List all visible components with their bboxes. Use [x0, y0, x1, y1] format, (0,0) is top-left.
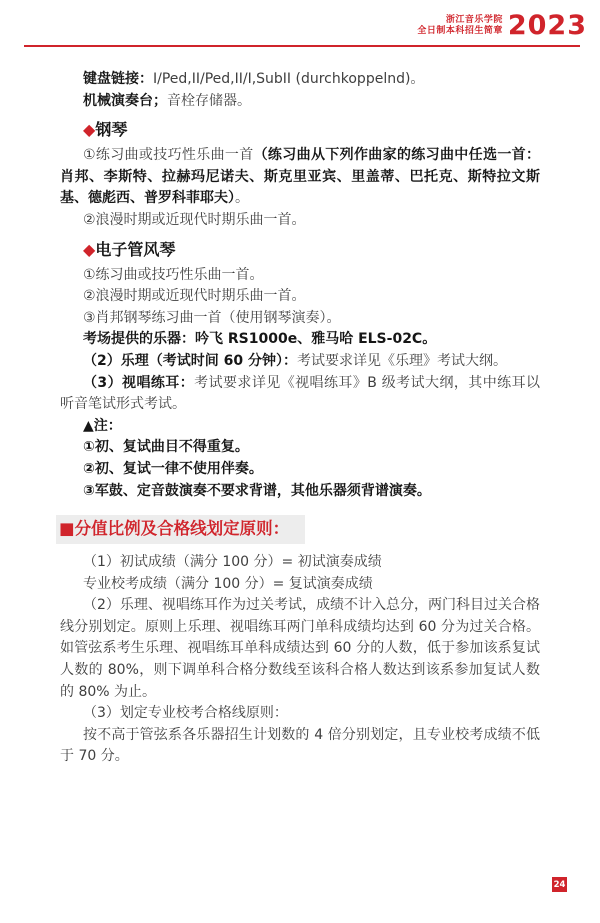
text-run: 电子管风琴 [95, 240, 175, 259]
text-run: 注： [94, 418, 122, 434]
paragraph: （2）乐理、视唱练耳作为过关考试，成绩不计入总分，两门科目过关合格线分别划定。原… [60, 595, 540, 703]
text-run: ①练习曲或技巧性乐曲一首。 [83, 267, 264, 283]
paragraph: 专业校考成绩（满分 100 分）= 复试演奏成绩 [60, 574, 540, 596]
text-run: ①初、复试曲目不得重复。 [83, 439, 249, 455]
instrument-heading: ◆电子管风琴 [60, 237, 540, 262]
text-run: ③军鼓、定音鼓演奏不要求背谱，其他乐器须背谱演奏。 [83, 483, 431, 499]
paragraph: ▲注： [60, 416, 540, 438]
text-run: ②浪漫时期或近现代时期乐曲一首。 [83, 288, 306, 304]
paragraph: （3）划定专业校考合格线原则： [60, 703, 540, 725]
paragraph: ①练习曲或技巧性乐曲一首。 [60, 265, 540, 287]
section-heading: ■分值比例及合格线划定原则： [56, 515, 305, 544]
text-run: 。 [235, 190, 249, 206]
paragraph: （2）乐理（考试时间 60 分钟）：考试要求详见《乐理》考试大纲。 [60, 351, 540, 373]
instrument-heading: ◆钢琴 [60, 117, 540, 142]
content-blocks: 键盘链接：I/Ped,II/Ped,II/I,SubII (durchkoppe… [60, 69, 540, 768]
note-triangle-icon: ▲ [83, 418, 94, 434]
section-square-icon: ■ [59, 519, 75, 538]
text-run: （3）划定专业校考合格线原则： [83, 705, 288, 721]
text-run: 分值比例及合格线划定原则： [75, 519, 290, 538]
document-page: 浙江音乐学院 全日制本科招生简章 2023 键盘链接：I/Ped,II/Ped,… [0, 0, 600, 923]
text-run: 机械演奏台； [83, 93, 167, 109]
text-run: （3）视唱练耳： [83, 375, 194, 391]
paragraph: ③肖邦钢琴练习曲一首（使用钢琴演奏）。 [60, 308, 540, 330]
text-run: ①练习曲或技巧性乐曲一首 [83, 147, 254, 163]
diamond-icon: ◆ [83, 120, 95, 139]
paragraph: 按不高于管弦系各乐器招生计划数的 4 倍分别划定，且专业校考成绩不低于 70 分… [60, 725, 540, 768]
header-org-block: 浙江音乐学院 全日制本科招生简章 [417, 15, 503, 37]
text-run: （2）乐理、视唱练耳作为过关考试，成绩不计入总分，两门科目过关合格线分别划定。原… [60, 597, 540, 699]
text-run: ②初、复试一律不使用伴奏。 [83, 461, 263, 477]
text-run: I/Ped,II/Ped,II/I,SubII (durchkoppelnd)。 [153, 71, 424, 87]
paragraph: （3）视唱练耳：考试要求详见《视唱练耳》B 级考试大纲，其中练耳以听音笔试形式考… [60, 373, 540, 416]
text-run: （2）乐理（考试时间 60 分钟）： [83, 353, 297, 369]
text-run: 考场提供的乐器：吟飞 RS1000e、雅马哈 ELS-02C。 [83, 331, 436, 347]
text-run: 考试要求详见《乐理》考试大纲。 [297, 353, 507, 369]
paragraph: ②浪漫时期或近现代时期乐曲一首。 [60, 210, 540, 232]
text-run: 专业校考成绩（满分 100 分）= 复试演奏成绩 [83, 576, 373, 592]
text-run: ③肖邦钢琴练习曲一首（使用钢琴演奏）。 [83, 310, 341, 326]
paragraph: ③军鼓、定音鼓演奏不要求背谱，其他乐器须背谱演奏。 [60, 481, 540, 503]
page-header: 浙江音乐学院 全日制本科招生简章 2023 [417, 13, 587, 39]
text-run: （1）初试成绩（满分 100 分）= 初试演奏成绩 [83, 554, 382, 570]
paragraph: ①练习曲或技巧性乐曲一首（练习曲从下列作曲家的练习曲中任选一首：肖邦、李斯特、拉… [60, 145, 540, 210]
header-rule [24, 45, 580, 47]
paragraph: 键盘链接：I/Ped,II/Ped,II/I,SubII (durchkoppe… [60, 69, 540, 91]
paragraph: ②浪漫时期或近现代时期乐曲一首。 [60, 286, 540, 308]
header-org-name: 浙江音乐学院 [417, 15, 503, 26]
paragraph: 考场提供的乐器：吟飞 RS1000e、雅马哈 ELS-02C。 [60, 329, 540, 351]
text-run: 钢琴 [95, 120, 127, 139]
diamond-icon: ◆ [83, 240, 95, 259]
text-run: 按不高于管弦系各乐器招生计划数的 4 倍分别划定，且专业校考成绩不低于 70 分… [60, 727, 540, 765]
page-number-badge: 24 [552, 877, 567, 892]
header-subtitle: 全日制本科招生简章 [417, 26, 503, 37]
text-run: 音栓存储器。 [167, 93, 251, 109]
paragraph: 机械演奏台；音栓存储器。 [60, 91, 540, 113]
paragraph: （1）初试成绩（满分 100 分）= 初试演奏成绩 [60, 552, 540, 574]
paragraph: ①初、复试曲目不得重复。 [60, 437, 540, 459]
text-run: 键盘链接： [83, 71, 153, 87]
paragraph: ②初、复试一律不使用伴奏。 [60, 459, 540, 481]
text-run: ②浪漫时期或近现代时期乐曲一首。 [83, 212, 306, 228]
header-year: 2023 [508, 13, 587, 39]
